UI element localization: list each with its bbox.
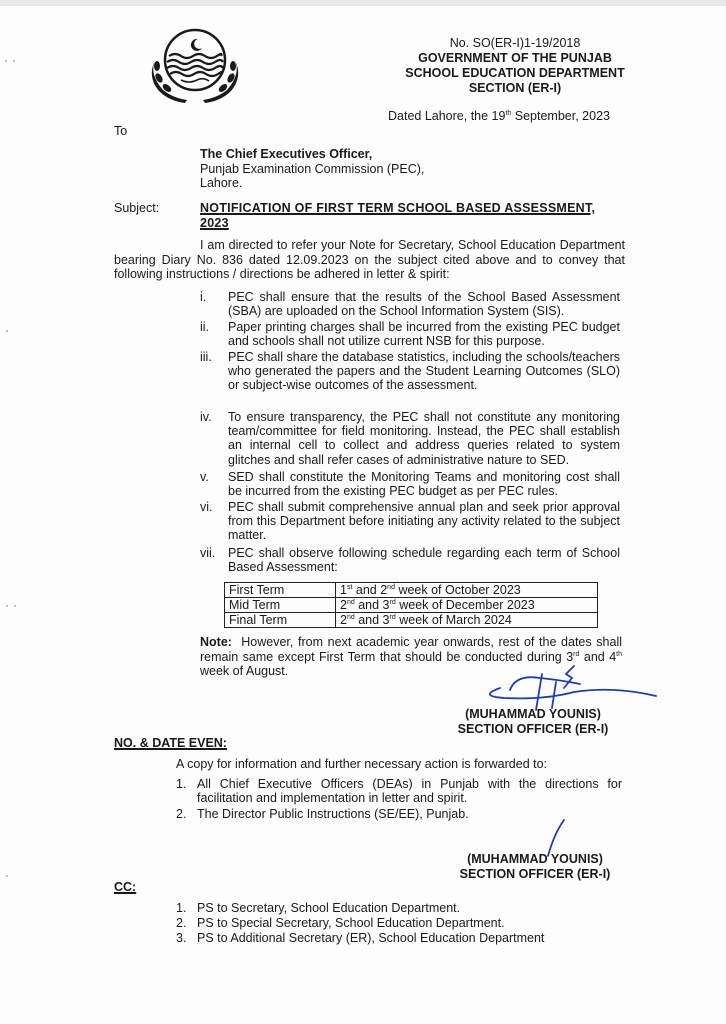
government-name: GOVERNMENT OF THE PUNJAB [380,51,650,66]
scan-speck [6,605,8,607]
reference-number: No. SO(ER-I)1-19/2018 [380,36,650,51]
scan-speck [6,330,8,332]
table-row: First Term 1st and 2nd week of October 2… [225,583,598,598]
letter-date: Dated Lahore, the 19th September, 2023 [388,109,610,124]
dates-cell: 1st and 2nd week of October 2023 [336,583,598,598]
government-of-punjab-emblem-icon [143,22,247,104]
table-row: Final Term 2nd and 3rd week of March 202… [225,613,598,628]
dates-cell: 2nd and 3rd week of March 2024 [336,613,598,628]
signatory-name: (MUHAMMAD YOUNIS) [448,707,618,722]
even-heading: NO. & DATE EVEN: [114,736,227,751]
table-row: Mid Term 2nd and 3rd week of December 20… [225,598,598,613]
term-cell: First Term [225,583,336,598]
addressee-block: The Chief Executives Officer, Punjab Exa… [200,147,424,191]
top-edge-shadow [0,0,726,6]
signatory-block: (MUHAMMAD YOUNIS) SECTION OFFICER (ER-I) [448,707,618,736]
signatory-name: (MUHAMMAD YOUNIS) [450,852,620,867]
addressee-title: The Chief Executives Officer, [200,147,424,162]
letterhead: No. SO(ER-I)1-19/2018 GOVERNMENT OF THE … [380,36,650,96]
scan-speck [13,60,15,62]
section-name: SECTION (ER-I) [380,81,650,96]
department-name: SCHOOL EDUCATION DEPARTMENT [380,66,650,81]
note-label: Note: [200,635,232,649]
term-cell: Final Term [225,613,336,628]
scan-speck [5,60,7,62]
subject-text: NOTIFICATION OF FIRST TERM SCHOOL BASED … [200,201,625,230]
signatory-designation: SECTION OFFICER (ER-I) [450,867,620,882]
term-cell: Mid Term [225,598,336,613]
even-intro: A copy for information and further neces… [176,757,547,772]
addressee-city: Lahore. [200,176,424,191]
signatory-block: (MUHAMMAD YOUNIS) SECTION OFFICER (ER-I) [450,852,620,881]
scan-speck [14,605,16,607]
dates-cell: 2nd and 3rd week of December 2023 [336,598,598,613]
scan-speck [6,875,8,877]
document-page: No. SO(ER-I)1-19/2018 GOVERNMENT OF THE … [0,0,726,1024]
cc-heading: CC: [114,880,136,895]
to-label: To [114,124,127,139]
intro-paragraph: I am directed to refer your Note for Sec… [114,238,625,282]
addressee-org: Punjab Examination Commission (PEC), [200,162,424,177]
signatory-designation: SECTION OFFICER (ER-I) [448,722,618,737]
schedule-table: First Term 1st and 2nd week of October 2… [224,582,598,628]
signature-mark-icon [470,664,660,712]
subject-label: Subject: [114,201,159,216]
